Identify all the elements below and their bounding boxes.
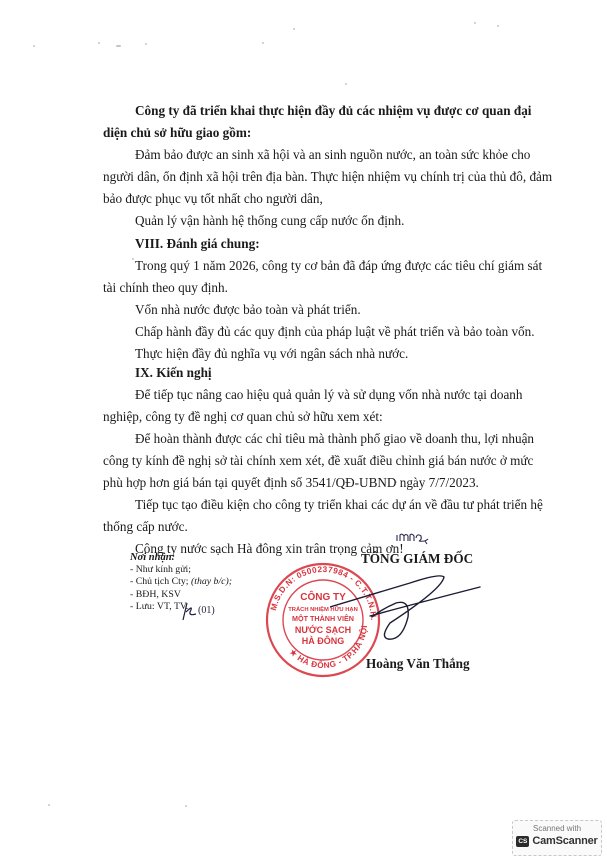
- scan-speck: [132, 258, 134, 260]
- receiver-item: - Chủ tịch Cty; (thay b/c);: [130, 576, 232, 588]
- section-9-line-5: phù hợp hơn giá bán tại quyết định số 35…: [103, 475, 479, 491]
- scanned-document-page: Công ty đã triển khai thực hiện đầy đủ c…: [0, 0, 607, 859]
- section-8-heading: VIII. Đánh giá chung:: [135, 236, 260, 252]
- scan-speck: [33, 45, 35, 47]
- scan-speck: [474, 22, 476, 24]
- task-line-1: Đảm bảo được an sinh xã hội và an sinh n…: [135, 147, 500, 163]
- section-8-line-1: Trong quý 1 năm 2026, công ty cơ bản đã …: [135, 258, 500, 274]
- scan-speck: [116, 45, 121, 47]
- section-8-line-5: Thực hiện đầy đủ nghĩa vụ với ngân sách …: [135, 346, 408, 362]
- task-line-4: Quản lý vận hành hệ thống cung cấp nước …: [135, 213, 404, 229]
- section-9-line-3: Để hoàn thành được các chỉ tiêu mà thành…: [135, 431, 500, 447]
- handwritten-signature: [330, 565, 510, 645]
- section-9-line-4: công ty kính đề nghị sở tài chính xem xé…: [103, 453, 500, 469]
- section-9-line-7: thống cấp nước.: [103, 519, 188, 535]
- chair-note: (thay b/c);: [191, 576, 232, 587]
- signer-name: Hoàng Văn Thắng: [366, 656, 470, 672]
- intro-line-1: Công ty đã triển khai thực hiện đầy đủ c…: [135, 103, 500, 119]
- scan-speck: [262, 42, 264, 44]
- section-8-line-4: Chấp hành đầy đủ các quy định của pháp l…: [135, 324, 535, 340]
- task-line-3: bảo được phục vụ tốt nhất cho người dân,: [103, 191, 323, 207]
- handwritten-initials-scribble: [395, 531, 433, 545]
- section-8-line-2: tài chính theo quy định.: [103, 280, 228, 296]
- scan-speck: [145, 43, 147, 45]
- receiver-item: - BĐH, KSV: [130, 589, 232, 601]
- task-line-2: người dân, ổn định xã hội trên địa bàn. …: [103, 169, 500, 185]
- intro-line-2: diện chủ sở hữu giao gồm:: [103, 125, 251, 141]
- watermark-caption: Scanned with: [513, 824, 601, 834]
- svg-text:(01): (01): [198, 605, 215, 616]
- watermark-brand: CamScanner: [532, 835, 597, 847]
- scan-speck: [48, 804, 50, 806]
- receivers-title: Nơi nhận:: [130, 552, 232, 564]
- scan-speck: [345, 83, 347, 85]
- scan-speck: [185, 805, 187, 807]
- scan-speck: [293, 28, 295, 30]
- section-8-line-3: Vốn nhà nước được bảo toàn và phát triển…: [135, 302, 361, 318]
- section-9-line-2: nghiệp, công ty đề nghị cơ quan chủ sở h…: [103, 409, 383, 425]
- section-9-line-1: Để tiếp tục nâng cao hiệu quả quản lý và…: [135, 387, 500, 403]
- camscanner-watermark: Scanned with CS CamScanner: [512, 820, 602, 856]
- scan-speck: [98, 42, 100, 44]
- section-9-line-6: Tiếp tục tạo điều kiện cho công ty triển…: [135, 497, 500, 513]
- camscanner-logo-icon: CS: [516, 836, 529, 847]
- scan-speck: [497, 25, 499, 27]
- handwritten-initials: (01): [180, 600, 220, 622]
- receiver-item: - Như kính gửi;: [130, 564, 232, 576]
- section-9-heading: IX. Kiến nghị: [135, 365, 212, 381]
